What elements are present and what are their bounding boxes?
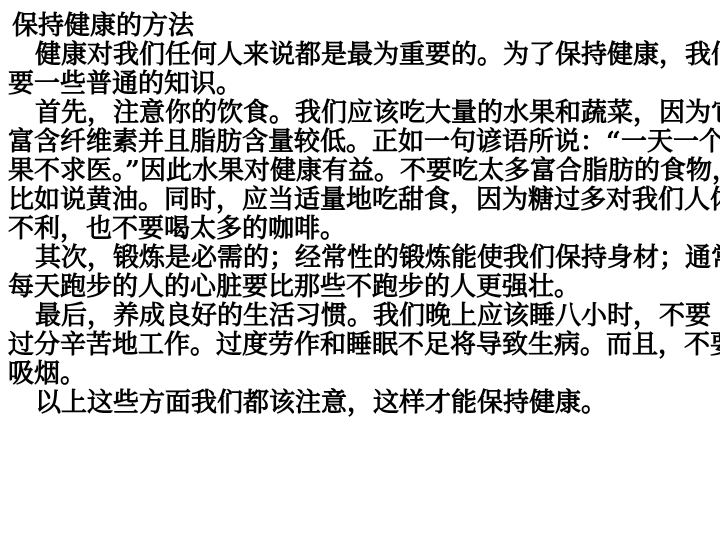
text-line: 吸烟。 — [8, 360, 716, 389]
text-line: 健康对我们任何人来说都是最为重要的。为了保持健康，我们需 — [8, 41, 716, 70]
text-line: 过分辛苦地工作。过度劳作和睡眠不足将导致生病。而且，不要 — [8, 331, 716, 360]
text-line: 不利，也不要喝太多的咖啡。 — [8, 215, 716, 244]
text-line: 每天跑步的人的心脏要比那些不跑步的人更强壮。 — [8, 273, 716, 302]
text-line: 以上这些方面我们都该注意，这样才能保持健康。 — [8, 389, 716, 418]
slide-page: 保持健康的方法 健康对我们任何人来说都是最为重要的。为了保持健康，我们需要一些普… — [0, 0, 720, 540]
text-line: 比如说黄油。同时，应当适量地吃甜食，因为糖过多对我们人体 — [8, 186, 716, 215]
text-line: 富含纤维素并且脂肪含量较低。正如一句谚语所说：“一天一个苹 — [8, 128, 716, 157]
text-line: 其次，锻炼是必需的；经常性的锻炼能使我们保持身材；通常 — [8, 244, 716, 273]
text-line: 首先，注意你的饮食。我们应该吃大量的水果和蔬菜，因为它们 — [8, 99, 716, 128]
text-line: 最后，养成良好的生活习惯。我们晚上应该睡八小时，不要 — [8, 302, 716, 331]
text-line: 要一些普通的知识。 — [8, 70, 716, 99]
text-line: 果不求医。”因此水果对健康有益。不要吃太多富合脂肪的食物， — [8, 157, 716, 186]
text-block: 保持健康的方法 健康对我们任何人来说都是最为重要的。为了保持健康，我们需要一些普… — [8, 12, 716, 418]
body-text: 健康对我们任何人来说都是最为重要的。为了保持健康，我们需要一些普通的知识。首先，… — [8, 41, 716, 418]
page-title: 保持健康的方法 — [8, 12, 716, 41]
